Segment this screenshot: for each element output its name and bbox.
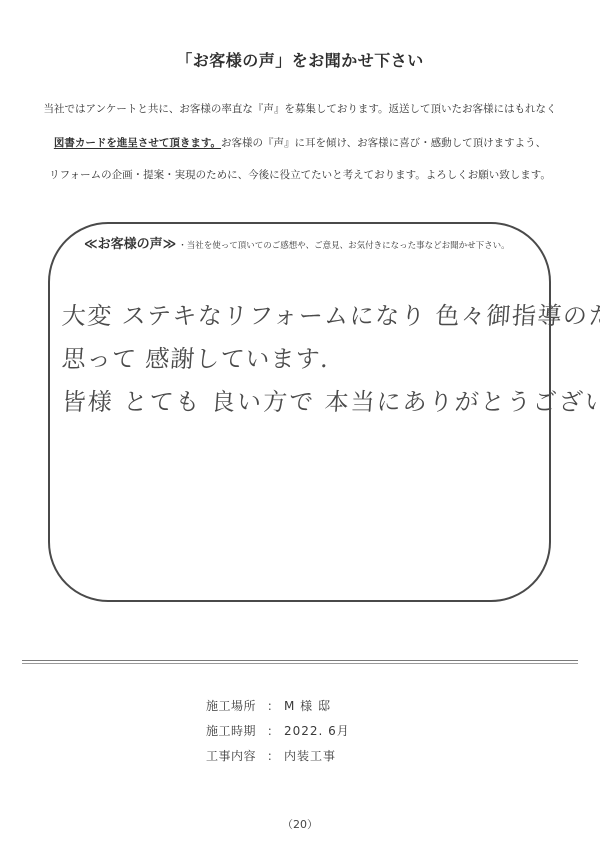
handwritten-comment-line: 大変 ステキなリフォームになり 色々御指導のためだと [61, 296, 600, 331]
detail-value: M 様 邸 [284, 699, 331, 713]
detail-value: 内装工事 [284, 749, 336, 763]
intro-text: リフォームの企画・提案・実現のために、今後に役立てたいと考えております。よろしく… [49, 169, 551, 181]
voice-box-label: ≪お客様の声≫ [84, 237, 176, 252]
detail-separator: ： [262, 747, 284, 764]
detail-key: 工事内容 [206, 747, 262, 764]
detail-key: 施工場所 [206, 697, 262, 714]
detail-separator: ： [262, 722, 284, 739]
detail-row-location: 施工場所：M 様 邸 [206, 697, 331, 714]
intro-text: 当社ではアンケートと共に、お客様の率直な『声』を募集しております。返送して頂いた… [43, 103, 556, 115]
detail-key: 施工時期 [206, 722, 262, 739]
voice-box-header: ≪お客様の声≫・当社を使って頂いてのご感想や、ご意見、お気付きになった事などお聞… [84, 233, 510, 252]
divider [22, 663, 578, 664]
handwritten-comment-line: 皆様 とても 良い方で 本当にありがとうございました. [61, 382, 600, 417]
gift-card-notice: 図書カードを進呈させて頂きます。 [54, 137, 221, 149]
intro-line-3: リフォームの企画・提案・実現のために、今後に役立てたいと考えております。よろしく… [0, 167, 600, 182]
voice-box-prompt: ・当社を使って頂いてのご感想や、ご意見、お気付きになった事などお聞かせ下さい。 [178, 241, 509, 251]
intro-line-1: 当社ではアンケートと共に、お客様の率直な『声』を募集しております。返送して頂いた… [0, 101, 600, 116]
handwritten-comment-line: 思って 感謝しています. [61, 339, 331, 374]
page-title: 「お客様の声」をお聞かせ下さい [0, 48, 600, 71]
page-number: （20） [0, 816, 600, 832]
detail-value: 2022. 6月 [284, 724, 350, 738]
intro-text: お客様の『声』に耳を傾け、お客様に喜び・感動して頂けますよう、 [221, 137, 546, 149]
intro-line-2: 図書カードを進呈させて頂きます。お客様の『声』に耳を傾け、お客様に喜び・感動して… [0, 135, 600, 150]
detail-row-period: 施工時期：2022. 6月 [206, 722, 350, 739]
detail-separator: ： [262, 697, 284, 714]
divider [22, 660, 578, 661]
detail-row-work-type: 工事内容：内装工事 [206, 747, 336, 764]
